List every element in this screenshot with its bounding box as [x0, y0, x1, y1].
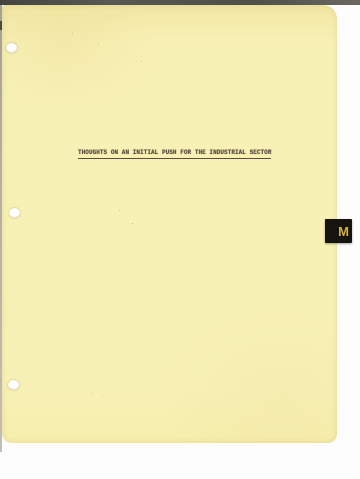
punch-hole-bottom	[8, 380, 19, 390]
document-page: THOUGHTS ON AN INITIAL PUSH FOR THE INDU…	[2, 5, 337, 443]
index-tab-label: M	[338, 225, 349, 238]
index-tab-m: M	[325, 219, 352, 243]
scanned-document-view: THOUGHTS ON AN INITIAL PUSH FOR THE INDU…	[0, 0, 360, 479]
punch-hole-top	[6, 43, 17, 53]
document-title: THOUGHTS ON AN INITIAL PUSH FOR THE INDU…	[78, 149, 271, 159]
paper-specks	[72, 33, 73, 34]
punch-hole-middle	[9, 208, 20, 218]
